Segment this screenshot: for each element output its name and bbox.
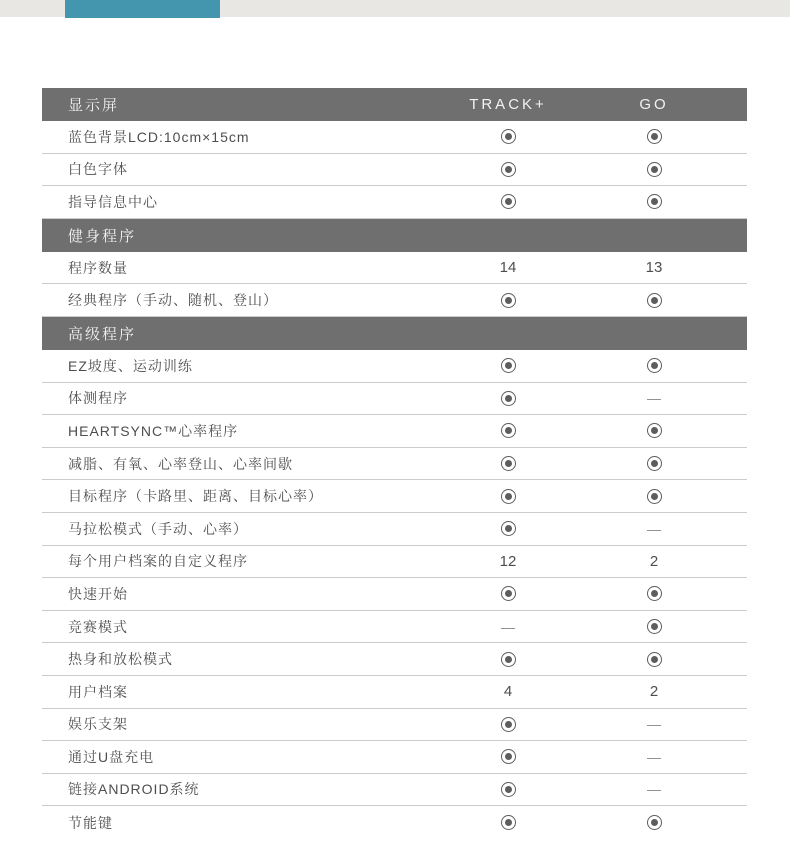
section-title: 高级程序 — [68, 323, 435, 344]
track-plus-cell — [435, 782, 581, 797]
track-plus-cell — [435, 815, 581, 830]
dash-icon: — — [647, 521, 661, 537]
radio-dot-icon — [501, 456, 516, 471]
track-plus-cell — [435, 717, 581, 732]
radio-dot-icon — [501, 652, 516, 667]
feature-label: 马拉松模式（手动、心率） — [68, 519, 435, 539]
track-plus-cell — [435, 129, 581, 144]
radio-dot-icon — [501, 162, 516, 177]
feature-row: 通过U盘充电— — [42, 741, 747, 774]
feature-label: 娱乐支架 — [68, 714, 435, 734]
track-plus-cell: 14 — [435, 259, 581, 276]
feature-row: 用户档案42 — [42, 676, 747, 709]
feature-label: 热身和放松模式 — [68, 649, 435, 669]
dash-icon: — — [647, 390, 661, 406]
track-plus-cell — [435, 749, 581, 764]
feature-label: 链接ANDROID系统 — [68, 779, 435, 799]
dash-icon: — — [647, 781, 661, 797]
section-header: 健身程序 — [42, 219, 747, 252]
feature-label: 体测程序 — [68, 388, 435, 408]
feature-label: 目标程序（卡路里、距离、目标心率） — [68, 486, 435, 506]
go-cell: 13 — [581, 259, 727, 276]
radio-dot-icon — [647, 293, 662, 308]
feature-row: 减脂、有氧、心率登山、心率间歇 — [42, 448, 747, 481]
spec-table: 显示屏TRACK+GO蓝色背景LCD:10cm×15cm白色字体指导信息中心健身… — [42, 88, 747, 839]
feature-row: 每个用户档案的自定义程序122 — [42, 546, 747, 579]
go-cell — [581, 586, 727, 601]
track-plus-cell — [435, 358, 581, 373]
value-text: 14 — [500, 259, 517, 276]
radio-dot-icon — [647, 456, 662, 471]
track-plus-cell — [435, 521, 581, 536]
track-plus-cell — [435, 162, 581, 177]
section-title: 显示屏 — [68, 94, 435, 115]
feature-row: 蓝色背景LCD:10cm×15cm — [42, 121, 747, 154]
go-cell — [581, 194, 727, 209]
feature-label: 减脂、有氧、心率登山、心率间歇 — [68, 454, 435, 474]
feature-label: 竞赛模式 — [68, 617, 435, 637]
feature-row: 链接ANDROID系统— — [42, 774, 747, 807]
radio-dot-icon — [647, 619, 662, 634]
track-plus-cell — [435, 423, 581, 438]
feature-row: HEARTSYNC™心率程序 — [42, 415, 747, 448]
feature-row: 程序数量1413 — [42, 252, 747, 285]
go-cell — [581, 652, 727, 667]
feature-row: 节能键 — [42, 806, 747, 839]
radio-dot-icon — [501, 358, 516, 373]
radio-dot-icon — [501, 815, 516, 830]
feature-label: 通过U盘充电 — [68, 747, 435, 767]
value-text: 2 — [650, 553, 658, 570]
radio-dot-icon — [501, 749, 516, 764]
radio-dot-icon — [501, 489, 516, 504]
go-cell: 2 — [581, 553, 727, 570]
go-cell — [581, 489, 727, 504]
go-cell: — — [581, 390, 727, 406]
go-cell — [581, 293, 727, 308]
feature-row: 娱乐支架— — [42, 709, 747, 742]
go-cell — [581, 162, 727, 177]
track-plus-cell — [435, 194, 581, 209]
radio-dot-icon — [647, 358, 662, 373]
go-cell: — — [581, 781, 727, 797]
feature-label: 用户档案 — [68, 682, 435, 702]
radio-dot-icon — [647, 489, 662, 504]
radio-dot-icon — [647, 652, 662, 667]
track-plus-cell — [435, 586, 581, 601]
track-plus-cell — [435, 456, 581, 471]
feature-label: HEARTSYNC™心率程序 — [68, 421, 435, 441]
column-header-track-plus: TRACK+ — [435, 96, 581, 113]
radio-dot-icon — [501, 293, 516, 308]
accent-bar — [65, 0, 220, 18]
go-cell — [581, 129, 727, 144]
radio-dot-icon — [501, 586, 516, 601]
section-header: 显示屏TRACK+GO — [42, 88, 747, 121]
go-cell — [581, 815, 727, 830]
track-plus-cell — [435, 391, 581, 406]
radio-dot-icon — [647, 423, 662, 438]
go-cell — [581, 456, 727, 471]
value-text: 13 — [646, 259, 663, 276]
go-cell: — — [581, 716, 727, 732]
value-text: 2 — [650, 683, 658, 700]
radio-dot-icon — [501, 717, 516, 732]
radio-dot-icon — [647, 815, 662, 830]
radio-dot-icon — [647, 194, 662, 209]
radio-dot-icon — [501, 391, 516, 406]
radio-dot-icon — [647, 129, 662, 144]
feature-label: 白色字体 — [68, 159, 435, 179]
feature-row: 经典程序（手动、随机、登山） — [42, 284, 747, 317]
feature-label: 指导信息中心 — [68, 192, 435, 212]
radio-dot-icon — [501, 782, 516, 797]
dash-icon: — — [647, 749, 661, 765]
value-text: 4 — [504, 683, 512, 700]
track-plus-cell: — — [435, 619, 581, 635]
radio-dot-icon — [501, 521, 516, 536]
radio-dot-icon — [501, 423, 516, 438]
section-header: 高级程序 — [42, 317, 747, 350]
feature-row: 目标程序（卡路里、距离、目标心率） — [42, 480, 747, 513]
radio-dot-icon — [647, 586, 662, 601]
feature-row: EZ坡度、运动训练 — [42, 350, 747, 383]
feature-row: 快速开始 — [42, 578, 747, 611]
go-cell: — — [581, 521, 727, 537]
track-plus-cell — [435, 293, 581, 308]
feature-label: EZ坡度、运动训练 — [68, 356, 435, 376]
feature-label: 程序数量 — [68, 258, 435, 278]
dash-icon: — — [647, 716, 661, 732]
feature-row: 马拉松模式（手动、心率）— — [42, 513, 747, 546]
value-text: 12 — [500, 553, 517, 570]
feature-row: 热身和放松模式 — [42, 643, 747, 676]
feature-row: 白色字体 — [42, 154, 747, 187]
feature-row: 竞赛模式— — [42, 611, 747, 644]
feature-label: 节能键 — [68, 813, 435, 833]
go-cell — [581, 358, 727, 373]
track-plus-cell: 12 — [435, 553, 581, 570]
radio-dot-icon — [501, 129, 516, 144]
feature-label: 快速开始 — [68, 584, 435, 604]
radio-dot-icon — [647, 162, 662, 177]
top-band — [0, 0, 790, 17]
column-header-go: GO — [581, 96, 727, 113]
track-plus-cell — [435, 652, 581, 667]
feature-row: 指导信息中心 — [42, 186, 747, 219]
radio-dot-icon — [501, 194, 516, 209]
track-plus-cell — [435, 489, 581, 504]
go-cell — [581, 423, 727, 438]
go-cell: — — [581, 749, 727, 765]
feature-label: 蓝色背景LCD:10cm×15cm — [68, 127, 435, 147]
feature-label: 每个用户档案的自定义程序 — [68, 551, 435, 571]
track-plus-cell: 4 — [435, 683, 581, 700]
dash-icon: — — [501, 619, 515, 635]
feature-label: 经典程序（手动、随机、登山） — [68, 290, 435, 310]
feature-row: 体测程序— — [42, 383, 747, 416]
section-title: 健身程序 — [68, 225, 435, 246]
go-cell: 2 — [581, 683, 727, 700]
go-cell — [581, 619, 727, 634]
